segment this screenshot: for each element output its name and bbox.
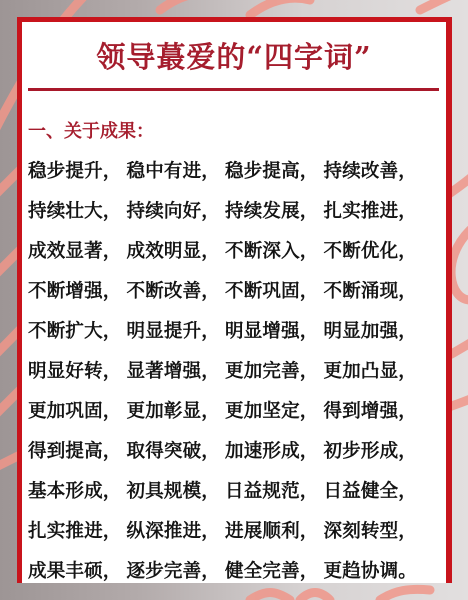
phrase: 明显加强， (324, 317, 423, 343)
phrase-row: 得到提高， 取得突破， 加速形成， 初步形成， (28, 430, 448, 470)
phrase: 持续改善， (324, 157, 423, 183)
phrase: 得到增强， (324, 397, 423, 423)
phrase: 不断增强， (28, 277, 127, 303)
phrase: 更加彰显， (127, 397, 226, 423)
phrase: 不断改善， (127, 277, 226, 303)
phrase: 初步形成， (324, 437, 423, 463)
phrase: 成果丰硕， (28, 557, 127, 583)
phrase: 更加巩固， (28, 397, 127, 423)
phrase: 明显提升， (127, 317, 226, 343)
phrase: 纵深推进， (127, 517, 226, 543)
phrase: 健全完善， (225, 557, 324, 583)
phrase: 明显增强， (225, 317, 324, 343)
phrase-row: 明显好转， 显著增强， 更加完善， 更加凸显， (28, 350, 448, 390)
phrase: 不断巩固， (225, 277, 324, 303)
phrase: 稳中有进， (127, 157, 226, 183)
phrase: 持续发展， (225, 197, 324, 223)
phrase: 加速形成， (225, 437, 324, 463)
phrase-row: 基本形成， 初具规模， 日益规范， 日益健全， (28, 470, 448, 510)
phrase: 持续向好， (127, 197, 226, 223)
phrase: 不断涌现， (324, 277, 423, 303)
page-title: 领导蕞爱的“四字词” (22, 37, 446, 77)
phrase-row: 不断增强， 不断改善， 不断巩固， 不断涌现， (28, 270, 448, 310)
phrase-row: 成果丰硕， 逐步完善， 健全完善， 更趋协调。 (28, 550, 448, 590)
phrase: 持续壮大， (28, 197, 127, 223)
phrase: 明显好转， (28, 357, 127, 383)
phrase: 进展顺利， (225, 517, 324, 543)
phrase: 不断优化， (324, 237, 423, 263)
phrase-list: 稳步提升， 稳中有进， 稳步提高， 持续改善， 持续壮大， 持续向好， 持续发展… (28, 150, 448, 590)
phrase: 基本形成， (28, 477, 127, 503)
phrase-row: 稳步提升， 稳中有进， 稳步提高， 持续改善， (28, 150, 448, 190)
section-heading: 一、关于成果： (28, 118, 154, 146)
phrase: 扎实推进， (324, 197, 423, 223)
phrase: 显著增强， (127, 357, 226, 383)
phrase: 更加完善， (225, 357, 324, 383)
phrase-row: 扎实推进， 纵深推进， 进展顺利， 深刻转型， (28, 510, 448, 550)
phrase: 初具规模， (127, 477, 226, 503)
phrase: 稳步提升， (28, 157, 127, 183)
phrase: 日益规范， (225, 477, 324, 503)
phrase: 更加坚定， (225, 397, 324, 423)
phrase: 取得突破， (127, 437, 226, 463)
phrase: 逐步完善， (127, 557, 226, 583)
phrase: 得到提高， (28, 437, 127, 463)
phrase-row: 更加巩固， 更加彰显， 更加坚定， 得到增强， (28, 390, 448, 430)
phrase: 不断深入， (225, 237, 324, 263)
phrase-row: 不断扩大， 明显提升， 明显增强， 明显加强， (28, 310, 448, 350)
phrase: 成效显著， (28, 237, 127, 263)
phrase: 更加凸显， (324, 357, 423, 383)
phrase: 不断扩大， (28, 317, 127, 343)
phrase: 成效明显， (127, 237, 226, 263)
phrase: 日益健全， (324, 477, 423, 503)
content-panel: 领导蕞爱的“四字词” 一、关于成果： 稳步提升， 稳中有进， 稳步提高， 持续改… (17, 17, 452, 583)
phrase-row: 持续壮大， 持续向好， 持续发展， 扎实推进， (28, 190, 448, 230)
phrase: 深刻转型， (324, 517, 423, 543)
phrase: 更趋协调。 (324, 557, 423, 583)
title-divider (28, 88, 439, 91)
phrase: 稳步提高， (225, 157, 324, 183)
phrase-row: 成效显著， 成效明显， 不断深入， 不断优化， (28, 230, 448, 270)
phrase: 扎实推进， (28, 517, 127, 543)
